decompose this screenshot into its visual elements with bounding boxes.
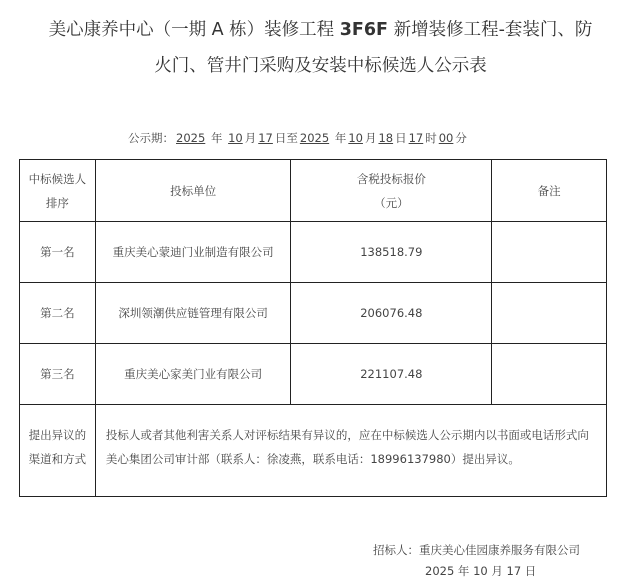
- objection-row: 提出异议的渠道和方式 投标人或者其他利害关系人对评标结果有异议的，应在中标候选人…: [20, 405, 607, 497]
- document-title-line-2: 火门、管井门采购及安装中标候选人公示表: [0, 52, 641, 77]
- header-bidder: 投标单位: [95, 160, 291, 222]
- objection-label: 提出异议的渠道和方式: [20, 405, 96, 497]
- header-remark: 备注: [492, 160, 607, 222]
- cell-bidder: 深圳领潮供应链管理有限公司: [95, 283, 291, 344]
- document-title-line-1: 美心康养中心（一期 A 栋）装修工程 3F6F 新增装修工程-套装门、防: [0, 16, 641, 41]
- tenderer-signature: 招标人：重庆美心佳园康养服务有限公司: [373, 542, 580, 558]
- end-minute: 00: [437, 131, 456, 145]
- candidate-table: 中标候选人排序 投标单位 含税投标报价（元） 备注 第一名 重庆美心蒙迪门业制造…: [19, 159, 607, 497]
- objection-label-line1: 提出异议的: [29, 428, 87, 442]
- cell-remark: [492, 222, 607, 283]
- publicity-period: 公示期：2025 年 10月17日至2025 年10月18日17时00分: [128, 130, 467, 146]
- end-day: 18: [376, 131, 395, 145]
- objection-text: 投标人或者其他利害关系人对评标结果有异议的，应在中标候选人公示期内以书面或电话形…: [95, 405, 606, 497]
- day-unit: 日: [395, 131, 407, 145]
- end-month: 10: [346, 131, 365, 145]
- objection-label-line2: 渠道和方式: [29, 452, 87, 466]
- cell-remark: [492, 344, 607, 405]
- table-row: 第三名 重庆美心家美门业有限公司 221107.48: [20, 344, 607, 405]
- end-year: 2025: [298, 131, 331, 145]
- start-month: 10: [226, 131, 245, 145]
- header-price: 含税投标报价（元）: [291, 160, 492, 222]
- period-label: 公示期：: [128, 131, 174, 145]
- signature-date: 2025 年 10 月 17 日: [425, 563, 536, 579]
- header-rank: 中标候选人排序: [20, 160, 96, 222]
- year-unit: 年: [211, 131, 223, 145]
- title-text-prefix: 美心康养中心（一期 A 栋）装修工程: [49, 20, 340, 40]
- start-day: 17: [256, 131, 275, 145]
- end-hour: 17: [407, 131, 426, 145]
- month-unit-2: 月: [365, 131, 377, 145]
- table-row: 第一名 重庆美心蒙迪门业制造有限公司 138518.79: [20, 222, 607, 283]
- cell-price: 206076.48: [291, 283, 492, 344]
- start-year: 2025: [174, 131, 207, 145]
- day-to: 日至: [275, 131, 298, 145]
- header-price-line2: （元）: [374, 196, 409, 210]
- cell-rank: 第二名: [20, 283, 96, 344]
- title-text-suffix: 新增装修工程-套装门、防: [388, 20, 592, 40]
- cell-rank: 第三名: [20, 344, 96, 405]
- minute-unit: 分: [455, 131, 467, 145]
- header-rank-line2: 排序: [46, 196, 69, 210]
- cell-remark: [492, 283, 607, 344]
- cell-rank: 第一名: [20, 222, 96, 283]
- month-unit: 月: [245, 131, 257, 145]
- header-rank-line1: 中标候选人: [29, 172, 87, 186]
- year-unit-2: 年: [335, 131, 347, 145]
- header-price-line1: 含税投标报价: [357, 172, 426, 186]
- cell-bidder: 重庆美心家美门业有限公司: [95, 344, 291, 405]
- hour-unit: 时: [425, 131, 437, 145]
- table-row: 第二名 深圳领潮供应链管理有限公司 206076.48: [20, 283, 607, 344]
- cell-bidder: 重庆美心蒙迪门业制造有限公司: [95, 222, 291, 283]
- table-header-row: 中标候选人排序 投标单位 含税投标报价（元） 备注: [20, 160, 607, 222]
- cell-price: 221107.48: [291, 344, 492, 405]
- cell-price: 138518.79: [291, 222, 492, 283]
- title-text-bold: 3F6F: [340, 20, 388, 40]
